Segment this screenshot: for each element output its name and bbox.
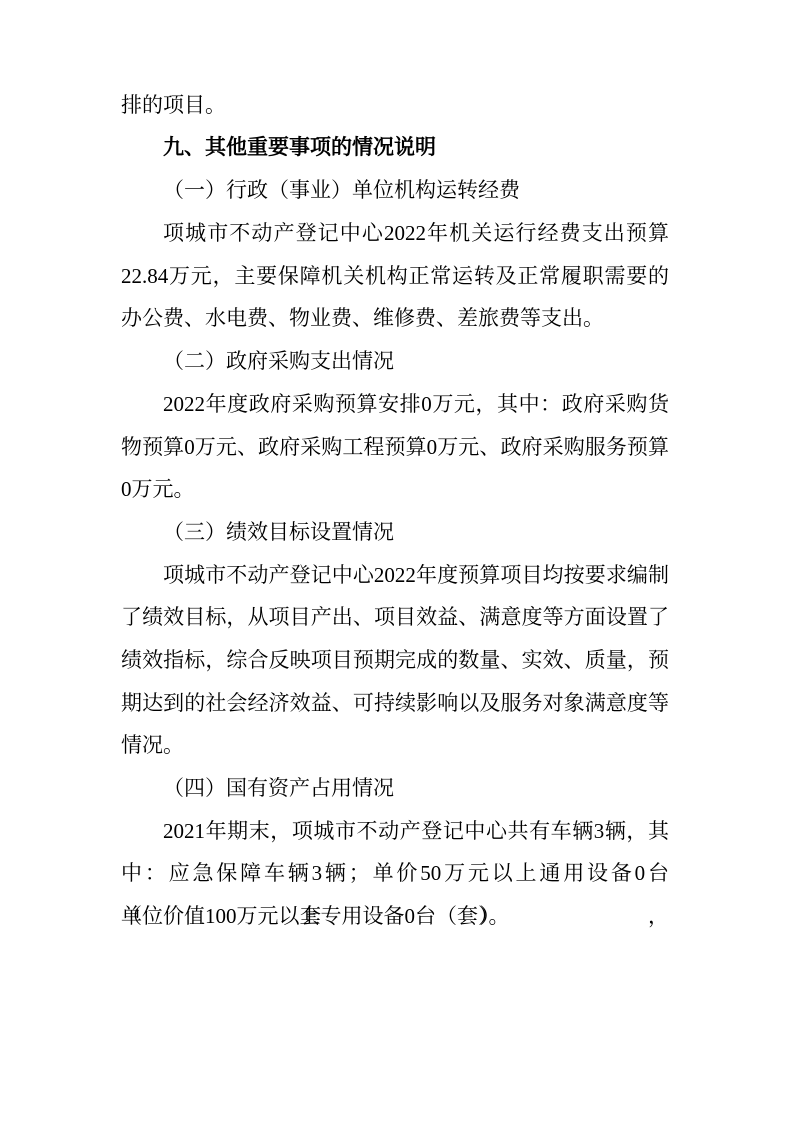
paragraph-line: 物预算0万元、政府采购工程预算0万元、政府采购服务预算 — [121, 426, 669, 469]
paragraph-line: 2021年期末，项城市不动产登记中心共有车辆3辆，其 — [121, 810, 669, 853]
paragraph-line: 22.84万元，主要保障机关机构正常运转及正常履职需要的 — [121, 255, 669, 298]
paragraph-line: 2022年度政府采购预算安排0万元，其中：政府采购货 — [121, 383, 669, 426]
document-body: 排的项目。 九、其他重要事项的情况说明 （一）行政（事业）单位机构运转经费 项城… — [0, 0, 669, 938]
paragraph-line: 期达到的社会经济效益、可持续影响以及服务对象满意度等 — [121, 682, 669, 725]
paragraph-line: 项城市不动产登记中心2022年机关运行经费支出预算 — [121, 212, 669, 255]
subsection-2-title: （二）政府采购支出情况 — [121, 340, 669, 383]
subsection-1-title: （一）行政（事业）单位机构运转经费 — [121, 169, 669, 212]
paragraph-line: 0万元。 — [121, 468, 669, 511]
document-page: 排的项目。 九、其他重要事项的情况说明 （一）行政（事业）单位机构运转经费 项城… — [0, 0, 795, 1123]
section-heading: 九、其他重要事项的情况说明 — [121, 127, 669, 170]
paragraph-line: 绩效指标，综合反映项目预期完成的数量、实效、质量，预 — [121, 639, 669, 682]
paragraph-line: 办公费、水电费、物业费、维修费、差旅费等支出。 — [121, 297, 669, 340]
subsection-4-title: （四）国有资产占用情况 — [121, 767, 669, 810]
paragraph-line: 中：应急保障车辆3辆；单价50万元以上通用设备0台（套）， — [121, 852, 669, 895]
paragraph-line: 了绩效目标，从项目产出、项目效益、满意度等方面设置了 — [121, 596, 669, 639]
paragraph-line: 情况。 — [121, 724, 669, 767]
subsection-3-title: （三）绩效目标设置情况 — [121, 511, 669, 554]
paragraph-line: 项城市不动产登记中心2022年度预算项目均按要求编制 — [121, 554, 669, 597]
continuation-paragraph-line: 排的项目。 — [121, 84, 669, 127]
